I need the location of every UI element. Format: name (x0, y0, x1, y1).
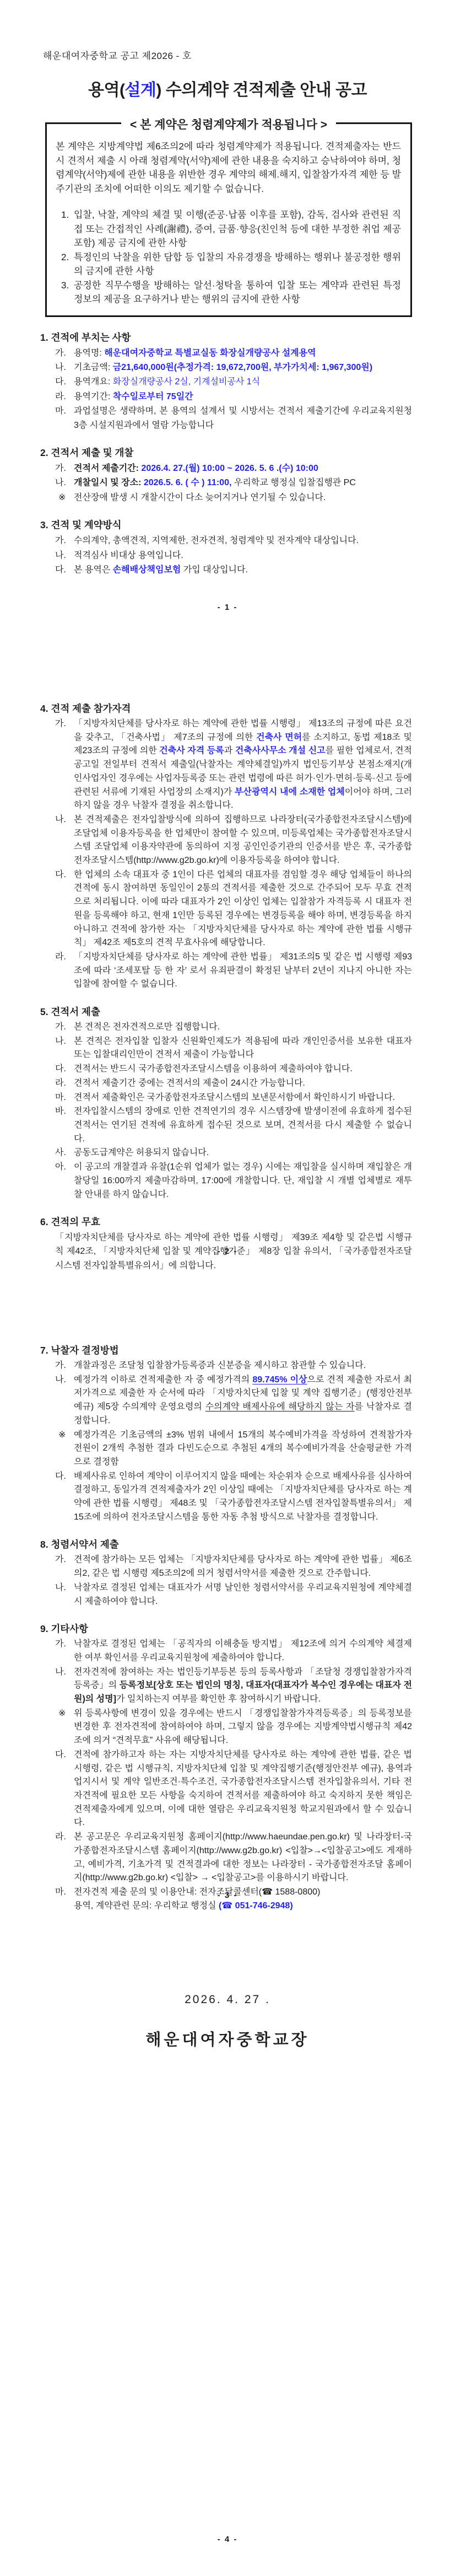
item-marker: 나. (55, 1581, 66, 1595)
text-segment: 우리학교 행정실 입찰집행관 PC (231, 478, 355, 487)
text-segment: 과업설명은 생략하며, 본 용역의 설계서 및 시방서는 견적서 제출기간에 우… (74, 406, 412, 430)
text-segment: 2026.4. 27.(월) 10:00 ~ 2026. 5. 6 .(수) 1… (141, 464, 318, 473)
text-segment: 2026.5. 6. ( 수 ) 11:00, (144, 478, 232, 487)
list-item: 나.적격심사 비대상 용역입니다. (0, 549, 412, 562)
page-3: 7. 낙찰자 결정방법가.개찰과정은 조달청 입찰참가등록증과 신분증을 제시하… (0, 1288, 455, 1932)
section-heading: 4. 견적 제출 참가자격 (40, 701, 412, 716)
text-segment: 본 공고문은 우리교육지원청 홈페이지(http://www.haeundae.… (74, 1832, 412, 1882)
footnote: ※예정가격은 기초금액의 ±3% 범위 내에서 15개의 복수예비가격을 작성하… (0, 1429, 412, 1469)
list-item: 나.낙찰자로 결정된 업체는 대표자가 서명 날인한 청렴서약서를 우리교육지원… (0, 1581, 412, 1608)
footnote: ※위 등록사항에 변경이 있을 경우에는 반드시 「경쟁입찰참가자격등록증」의 … (0, 1707, 412, 1748)
list-item: 나.본 견적제출은 전자입찰방식에 의하여 집행하므로 나라장터(국가종합전자조… (0, 813, 412, 868)
list-item: 나.전자견적에 참여하는 자는 법인등기부등본 등의 등록사항과 「조달청 경쟁… (0, 1666, 412, 1706)
list-item: 라.견적서 제출기간 중에는 견적서의 제출이 24시간 가능합니다. (0, 1077, 412, 1091)
item-marker: 다. (55, 1748, 66, 1762)
text-segment: 견적서 제출확인은 국가종합전자조달시스템의 보낸문서함에서 확인하시기 바랍니… (74, 1093, 395, 1102)
list-item: 라.용역기간: 착수일로부터 75일간 (0, 390, 412, 404)
text-segment: 위 등록사항에 변경이 있을 경우에는 반드시 「경쟁입찰참가자격등록증」의 등… (74, 1709, 412, 1745)
list-item: 다.견적에 참가하고자 하는 자는 지방자치단체를 당사자로 하는 계약에 관한… (0, 1748, 412, 1830)
text-segment: 배제사유로 인하여 계약이 이루어지지 않을 때에는 차순위자 순으로 배제사유… (74, 1472, 412, 1522)
item-marker: 나. (55, 1373, 66, 1387)
notice-box-items: 1.입찰, 낙찰, 계약의 체결 및 이행(준공·납품 이후를 포함), 감독,… (56, 208, 401, 307)
list-item: 라.「지방자치단체를 당사자로 하는 계약에 관한 법률」 제31조의5 및 같… (0, 951, 412, 991)
text-segment: 건축사 자격 등록 (159, 746, 224, 755)
list-item: 가.수의계약, 총액견적, 지역제한, 전자견적, 청렴계약 및 전자계약 대상… (0, 534, 412, 548)
announcement-number: 해운대여자중학교 공고 제2026 - 호 (43, 50, 455, 63)
item-marker: ※ (58, 491, 66, 505)
issuer-signature: 해운대여자중학교장 (0, 2029, 455, 2051)
section-heading: 7. 낙찰자 결정방법 (40, 1343, 412, 1357)
page-number: - 4 - (0, 2535, 455, 2544)
page-4: 2026. 4. 27 .해운대여자중학교장- 4 - (0, 1932, 455, 2576)
item-marker: 라. (55, 1077, 66, 1091)
text-segment: 견적에 참가하는 모든 업체는 「지방자치단체를 당사자로 하는 계약에 관한 … (74, 1555, 412, 1578)
text-segment: 견적서는 반드시 국가종합전자조달시스템을 이용하여 제출하여야 합니다. (74, 1064, 353, 1074)
text-segment: 설계 (124, 81, 156, 99)
page-number: - 2 - (0, 1247, 455, 1256)
list-item: 나.본 견적은 전자입찰 입찰자 신원확인제도가 적용됨에 따라 개인인증서를 … (0, 1035, 412, 1062)
text-segment: 전자입찰시스템의 장애로 인한 견적연기의 경우 시스템장애 발생이전에 유효하… (74, 1107, 412, 1143)
text-segment: 화장실개량공사 2실, 기계설비공사 1식 (113, 377, 260, 387)
list-item: 사.공동도급계약은 허용되지 않습니다. (0, 1146, 412, 1160)
list-item: 가.「지방자치단체를 당사자로 하는 계약에 관한 법률 시행령」 제13조의 … (0, 717, 412, 813)
text-segment: 공동도급계약은 허용되지 않습니다. (74, 1148, 209, 1157)
text-segment: 개찰일시 및 장소: (74, 478, 144, 487)
text-segment: 부산광역시 내에 소재한 업체 (235, 787, 345, 797)
text-segment: 손해배상책임보험 (113, 565, 181, 575)
section-heading: 9. 기타사항 (40, 1622, 412, 1636)
integrity-notice-box: < 본 계약은 청렴계약제가 적용됩니다 >본 계약은 지방계약법 제6조의2에… (45, 122, 412, 317)
item-marker: 나. (55, 476, 66, 490)
document-title: 용역(설계) 수의계약 견적제출 안내 공고 (0, 79, 455, 101)
text-segment: 수의계약 배제사유에 해당하지 않는 자 (205, 1402, 355, 1412)
item-marker: 2. (61, 250, 69, 265)
section-heading: 5. 견적서 제출 (40, 1005, 412, 1019)
notice-box-item: 2.특정인의 낙찰을 위한 담합 등 입찰의 자유경쟁을 방해하는 행위나 불공… (56, 250, 401, 278)
item-marker: ※ (58, 1707, 66, 1721)
text-segment: 용역개요: (74, 377, 113, 387)
page-1: 해운대여자중학교 공고 제2026 - 호용역(설계) 수의계약 견적제출 안내… (0, 0, 455, 644)
text-segment: 본 견적은 전자입찰 입찰자 신원확인제도가 적용됨에 따라 개인인증서를 보유… (74, 1037, 412, 1060)
item-marker: 가. (55, 717, 66, 731)
text-segment: 가입 대상입니다. (181, 565, 248, 575)
text-segment: ) 수의계약 견적제출 안내 공고 (156, 81, 367, 99)
item-marker: 나. (55, 1035, 66, 1049)
item-marker: 마. (55, 1091, 66, 1105)
text-segment: 이 공고의 개찰결과 유찰(1순위 업체가 없는 경우) 시에는 재입찰을 실시… (74, 1162, 412, 1199)
list-item: 라.본 공고문은 우리교육지원청 홈페이지(http://www.haeunda… (0, 1831, 412, 1885)
list-item: 가.개찰과정은 조달청 입찰참가등록증과 신분증을 제시하고 참관할 수 있습니… (0, 1359, 412, 1373)
list-item: 나.개찰일시 및 장소: 2026.5. 6. ( 수 ) 11:00, 우리학… (0, 476, 412, 490)
section-heading: 6. 견적의 무효 (40, 1215, 412, 1229)
section-heading: 2. 견적서 제출 및 개찰 (40, 446, 412, 460)
issue-date: 2026. 4. 27 . (0, 1992, 455, 2008)
text-segment: 전산장애 발생 시 개찰시간이 다소 늦어지거나 연기될 수 있습니다. (74, 493, 326, 502)
item-marker: 가. (55, 346, 66, 360)
text-segment: 금21,640,000원(추정가격: 19,672,700원, 부가가치세: 1… (113, 363, 372, 372)
text-segment: 수의계약, 총액견적, 지역제한, 전자견적, 청렴계약 및 전자계약 대상입니… (74, 536, 359, 545)
item-text: 특정인의 낙찰을 위한 담합 등 입찰의 자유경쟁을 방해하는 행위나 불공정한… (74, 252, 401, 277)
item-marker: ※ (58, 1429, 66, 1442)
item-marker: 다. (55, 1062, 66, 1076)
item-marker: 나. (55, 1666, 66, 1679)
text-segment: 견적서 제출기간: (74, 464, 141, 473)
list-item: 다.본 용역은 손해배상책임보험 가입 대상입니다. (0, 563, 412, 577)
list-item: 가.본 견적은 전자견적으로만 집행합니다. (0, 1021, 412, 1034)
list-item: 아.이 공고의 개찰결과 유찰(1순위 업체가 없는 경우) 시에는 재입찰을 … (0, 1161, 412, 1201)
item-marker: 나. (55, 549, 66, 562)
item-marker: 나. (55, 813, 66, 827)
text-segment: 건축사사무소 개설 신고 (235, 746, 326, 755)
item-text: 입찰, 낙찰, 계약의 체결 및 이행(준공·납품 이후를 포함), 감독, 검… (74, 210, 401, 248)
section-heading: 8. 청렴서약서 제출 (40, 1537, 412, 1552)
item-marker: 나. (55, 361, 66, 374)
list-item: 가.견적에 참가하는 모든 업체는 「지방자치단체를 당사자로 하는 계약에 관… (0, 1553, 412, 1580)
text-segment: 착수일로부터 75일간 (113, 392, 193, 401)
text-segment: 89.745% 이상 (252, 1375, 307, 1384)
text-segment: 건축사 면허 (256, 733, 302, 742)
list-item: 마.견적서 제출확인은 국가종합전자조달시스템의 보낸문서함에서 확인하시기 바… (0, 1091, 412, 1105)
text-segment: 용역기간: (74, 392, 113, 401)
text-segment: 낙찰자로 결정된 업체는 대표자가 서명 날인한 청렴서약서를 우리교육지원청에… (74, 1583, 412, 1606)
text-segment: 용역, 계약관련 문의: 우리학교 행정실 (74, 1901, 219, 1910)
text-segment: 적격심사 비대상 용역입니다. (74, 551, 183, 560)
item-marker: 라. (55, 390, 66, 404)
item-marker: 다. (55, 563, 66, 577)
page-number: - 3 - (0, 1891, 455, 1900)
text-segment: 용역명: (74, 348, 104, 358)
text-segment: 한 업체의 소속 대표자 중 1인이 다른 업체의 대표자를 겸임할 경우 해당… (74, 870, 412, 948)
item-marker: 라. (55, 1831, 66, 1844)
text-segment: 해운대여자중학교 특별교실동 화장실개량공사 설계용역 (104, 348, 316, 358)
item-marker: 가. (55, 534, 66, 548)
item-marker: 바. (55, 1105, 66, 1119)
announcement-document: 해운대여자중학교 공고 제2026 - 호용역(설계) 수의계약 견적제출 안내… (0, 0, 455, 2576)
item-marker: 가. (55, 1021, 66, 1034)
notice-box-item: 3.공정한 직무수행을 방해하는 알선·청탁을 통하여 입찰 또는 계약과 관련… (56, 278, 401, 307)
section-heading: 1. 견적에 부치는 사항 (40, 330, 412, 345)
text-segment: 기초금액: (74, 363, 113, 372)
list-item: 마.과업설명은 생략하며, 본 용역의 설계서 및 시방서는 견적서 제출기간에… (0, 404, 412, 432)
item-marker: 다. (55, 375, 66, 389)
notice-box-intro: 본 계약은 지방계약법 제6조의2에 따라 청렴계약제가 적용됩니다. 견적제출… (56, 139, 401, 196)
list-item: 다.배제사유로 인하여 계약이 이루어지지 않을 때에는 차순위자 순으로 배제… (0, 1470, 412, 1525)
item-marker: 가. (55, 1638, 66, 1651)
list-item: 가.견적서 제출기간: 2026.4. 27.(월) 10:00 ~ 2026.… (0, 461, 412, 475)
list-item: 가.용역명: 해운대여자중학교 특별교실동 화장실개량공사 설계용역 (0, 346, 412, 360)
text-segment: 본 용역은 (74, 565, 113, 575)
item-marker: 다. (55, 1470, 66, 1484)
list-item: 바.전자입찰시스템의 장애로 인한 견적연기의 경우 시스템장애 발생이전에 유… (0, 1105, 412, 1146)
list-item: 다.견적서는 반드시 국가종합전자조달시스템을 이용하여 제출하여야 합니다. (0, 1062, 412, 1076)
text-segment: 예정가격 이하로 견적제출한 자 중 예정가격의 (74, 1375, 252, 1384)
item-text: 공정한 직무수행을 방해하는 알선·청탁을 통하여 입찰 또는 계약과 관련된 … (74, 280, 401, 305)
item-marker: 아. (55, 1161, 66, 1174)
text-segment: 가 일치하는지 여부를 확인한 후 참여하시기 바랍니다. (116, 1694, 321, 1704)
text-segment: 견적서 제출기간 중에는 견적서의 제출이 24시간 가능합니다. (74, 1078, 305, 1088)
item-marker: 다. (55, 868, 66, 882)
list-item: 다.용역개요: 화장실개량공사 2실, 기계설비공사 1식 (0, 375, 412, 389)
list-item: 나.기초금액: 금21,640,000원(추정가격: 19,672,700원, … (0, 361, 412, 374)
item-marker: 사. (55, 1146, 66, 1160)
text-segment: 과 (224, 746, 235, 755)
item-marker: 가. (55, 1359, 66, 1373)
text-segment: 본 견적은 전자견적으로만 집행합니다. (74, 1022, 220, 1032)
text-segment: 개찰과정은 조달청 입찰참가등록증과 신분증을 제시하고 참관할 수 있습니다. (74, 1361, 366, 1370)
list-item: 가.낙찰자로 결정된 업체는 「공직자의 이해충돌 방지법」 제12조에 의거 … (0, 1638, 412, 1665)
notice-box-title: < 본 계약은 청렴계약제가 적용됩니다 > (121, 116, 336, 132)
section-heading: 3. 견적 및 계약방식 (40, 518, 412, 532)
footnote: ※전산장애 발생 시 개찰시간이 다소 늦어지거나 연기될 수 있습니다. (0, 491, 412, 505)
notice-box-item: 1.입찰, 낙찰, 계약의 체결 및 이행(준공·납품 이후를 포함), 감독,… (56, 208, 401, 250)
page-number: - 1 - (0, 603, 455, 612)
item-marker: 마. (55, 404, 66, 418)
item-marker: 가. (55, 1553, 66, 1567)
text-segment: 낙찰자로 결정된 업체는 「공직자의 이해충돌 방지법」 제12조에 의거 수의… (74, 1639, 412, 1662)
text-segment: 용역( (88, 81, 124, 99)
text-segment: 「지방자치단체를 당사자로 하는 계약에 관한 법률」 제31조의5 및 같은 … (74, 952, 412, 989)
item-marker: 가. (55, 461, 66, 475)
text-segment: (☎ 051-746-2948) (219, 1901, 293, 1910)
page-2: 4. 견적 제출 참가자격가.「지방자치단체를 당사자로 하는 계약에 관한 법… (0, 644, 455, 1288)
list-item: 나.예정가격 이하로 견적제출한 자 중 예정가격의 89.745% 이상으로 … (0, 1373, 412, 1428)
item-marker: 라. (55, 951, 66, 964)
item-marker: 3. (61, 278, 69, 293)
list-item: 다.한 업체의 소속 대표자 중 1인이 다른 업체의 대표자를 겸임할 경우 … (0, 868, 412, 950)
text-segment: 예정가격은 기초금액의 ±3% 범위 내에서 15개의 복수예비가격을 작성하여… (74, 1430, 412, 1467)
text-segment: 본 견적제출은 전자입찰방식에 의하여 집행하므로 나라장터(국가종합전자조달시… (74, 815, 412, 865)
text-segment: 견적에 참가하고자 하는 자는 지방자치단체를 당사자로 하는 계약에 관한 법… (74, 1750, 412, 1828)
item-marker: 1. (61, 208, 69, 222)
